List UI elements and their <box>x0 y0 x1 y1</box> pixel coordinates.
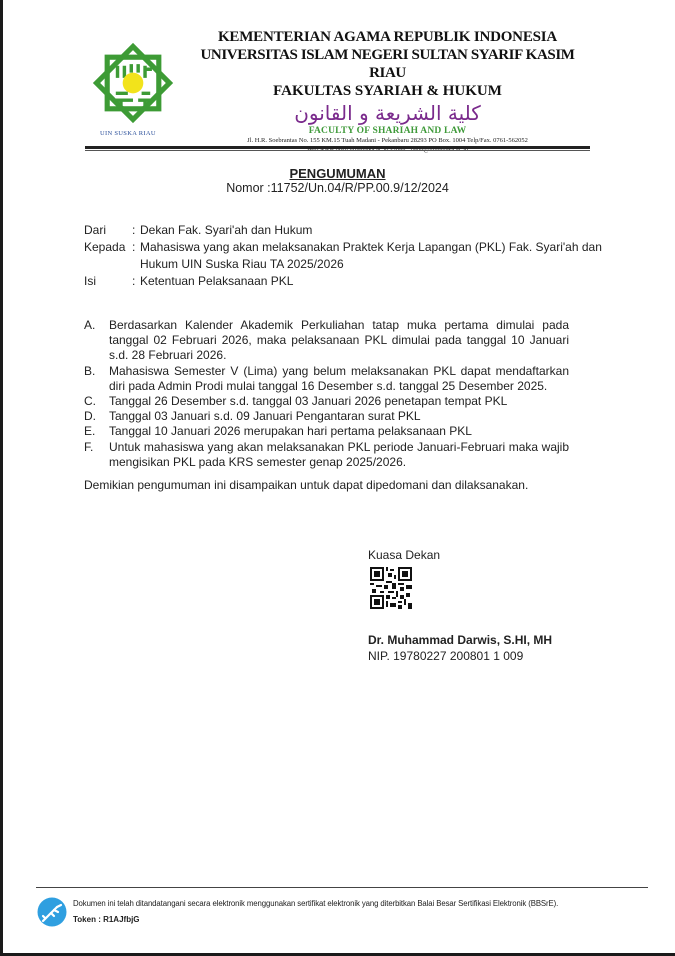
item-letter: C. <box>84 394 109 409</box>
address: Jl. H.R. Soebrantas No. 155 KM.15 Tuah M… <box>190 136 585 145</box>
field-from: Dari : Dekan Fak. Syari'ah dan Hukum <box>84 222 629 239</box>
field-value: Dekan Fak. Syari'ah dan Hukum <box>140 222 629 239</box>
screen-edge-left <box>0 0 3 956</box>
bsre-icon <box>37 897 67 927</box>
signatory-nip: NIP. 19780227 200801 1 009 <box>368 649 523 663</box>
faculty-name-english: FACULTY OF SHARIAH AND LAW <box>190 126 585 136</box>
document-title: PENGUMUMAN <box>0 166 675 181</box>
university-name: UNIVERSITAS ISLAM NEGERI SULTAN SYARIF K… <box>190 46 585 82</box>
item-text: Tanggal 03 Januari s.d. 09 Januari Penga… <box>109 409 569 424</box>
footer-divider <box>36 887 648 888</box>
item-letter: F. <box>84 440 109 470</box>
letterhead-rule-thin <box>85 150 590 151</box>
document-number: Nomor :11752/Un.04/R/PP.00.9/12/2024 <box>0 181 675 195</box>
item-text: Tanggal 26 Desember s.d. tanggal 03 Janu… <box>109 394 569 409</box>
faculty-name-arabic: كلية الشريعة و القانون <box>190 100 585 126</box>
esign-notice: Dokumen ini telah ditandatangani secara … <box>73 899 558 908</box>
field-colon: : <box>132 239 140 273</box>
logo-caption: UIN SUSKA RIAU <box>100 130 156 137</box>
ministry-name: KEMENTERIAN AGAMA REPUBLIK INDONESIA <box>190 28 585 46</box>
field-value: Ketentuan Pelaksanaan PKL <box>140 273 629 290</box>
field-label: Dari <box>84 222 132 239</box>
list-item: C. Tanggal 26 Desember s.d. tanggal 03 J… <box>84 394 569 409</box>
header-fields: Dari : Dekan Fak. Syari'ah dan Hukum Kep… <box>84 222 629 290</box>
letterhead-rule <box>85 146 590 149</box>
item-text: Untuk mahasiswa yang akan melaksanakan P… <box>109 440 569 470</box>
list-item: F. Untuk mahasiswa yang akan melaksanaka… <box>84 440 569 470</box>
field-label: Isi <box>84 273 132 290</box>
field-colon: : <box>132 273 140 290</box>
signatory-name: Dr. Muhammad Darwis, S.HI, MH <box>368 633 552 647</box>
faculty-name: FAKULTAS SYARIAH & HUKUM <box>190 82 585 100</box>
qr-code-icon[interactable] <box>370 567 412 609</box>
item-letter: A. <box>84 318 109 364</box>
list-item: B. Mahasiswa Semester V (Lima) yang belu… <box>84 364 569 394</box>
item-text: Tanggal 10 Januari 2026 merupakan hari p… <box>109 424 569 439</box>
list-item: D. Tanggal 03 Januari s.d. 09 Januari Pe… <box>84 409 569 424</box>
list-item: E. Tanggal 10 Januari 2026 merupakan har… <box>84 424 569 439</box>
item-text: Mahasiswa Semester V (Lima) yang belum m… <box>109 364 569 394</box>
field-colon: : <box>132 222 140 239</box>
field-to: Kepada : Mahasiswa yang akan melaksanaka… <box>84 239 629 273</box>
field-label: Kepada <box>84 239 132 273</box>
item-letter: E. <box>84 424 109 439</box>
field-value: Mahasiswa yang akan melaksanakan Praktek… <box>140 239 629 273</box>
item-letter: B. <box>84 364 109 394</box>
provisions-list: A. Berdasarkan Kalender Akademik Perkuli… <box>84 318 569 470</box>
item-text: Berdasarkan Kalender Akademik Perkuliaha… <box>109 318 569 364</box>
closing-statement: Demikian pengumuman ini disampaikan untu… <box>84 478 528 492</box>
signatory-role: Kuasa Dekan <box>368 548 440 562</box>
letterhead: KEMENTERIAN AGAMA REPUBLIK INDONESIA UNI… <box>190 28 585 154</box>
uin-suska-logo-icon <box>90 40 176 126</box>
item-letter: D. <box>84 409 109 424</box>
list-item: A. Berdasarkan Kalender Akademik Perkuli… <box>84 318 569 364</box>
esign-token: Token : R1AJfbjG <box>73 915 140 924</box>
field-subject: Isi : Ketentuan Pelaksanaan PKL <box>84 273 629 290</box>
